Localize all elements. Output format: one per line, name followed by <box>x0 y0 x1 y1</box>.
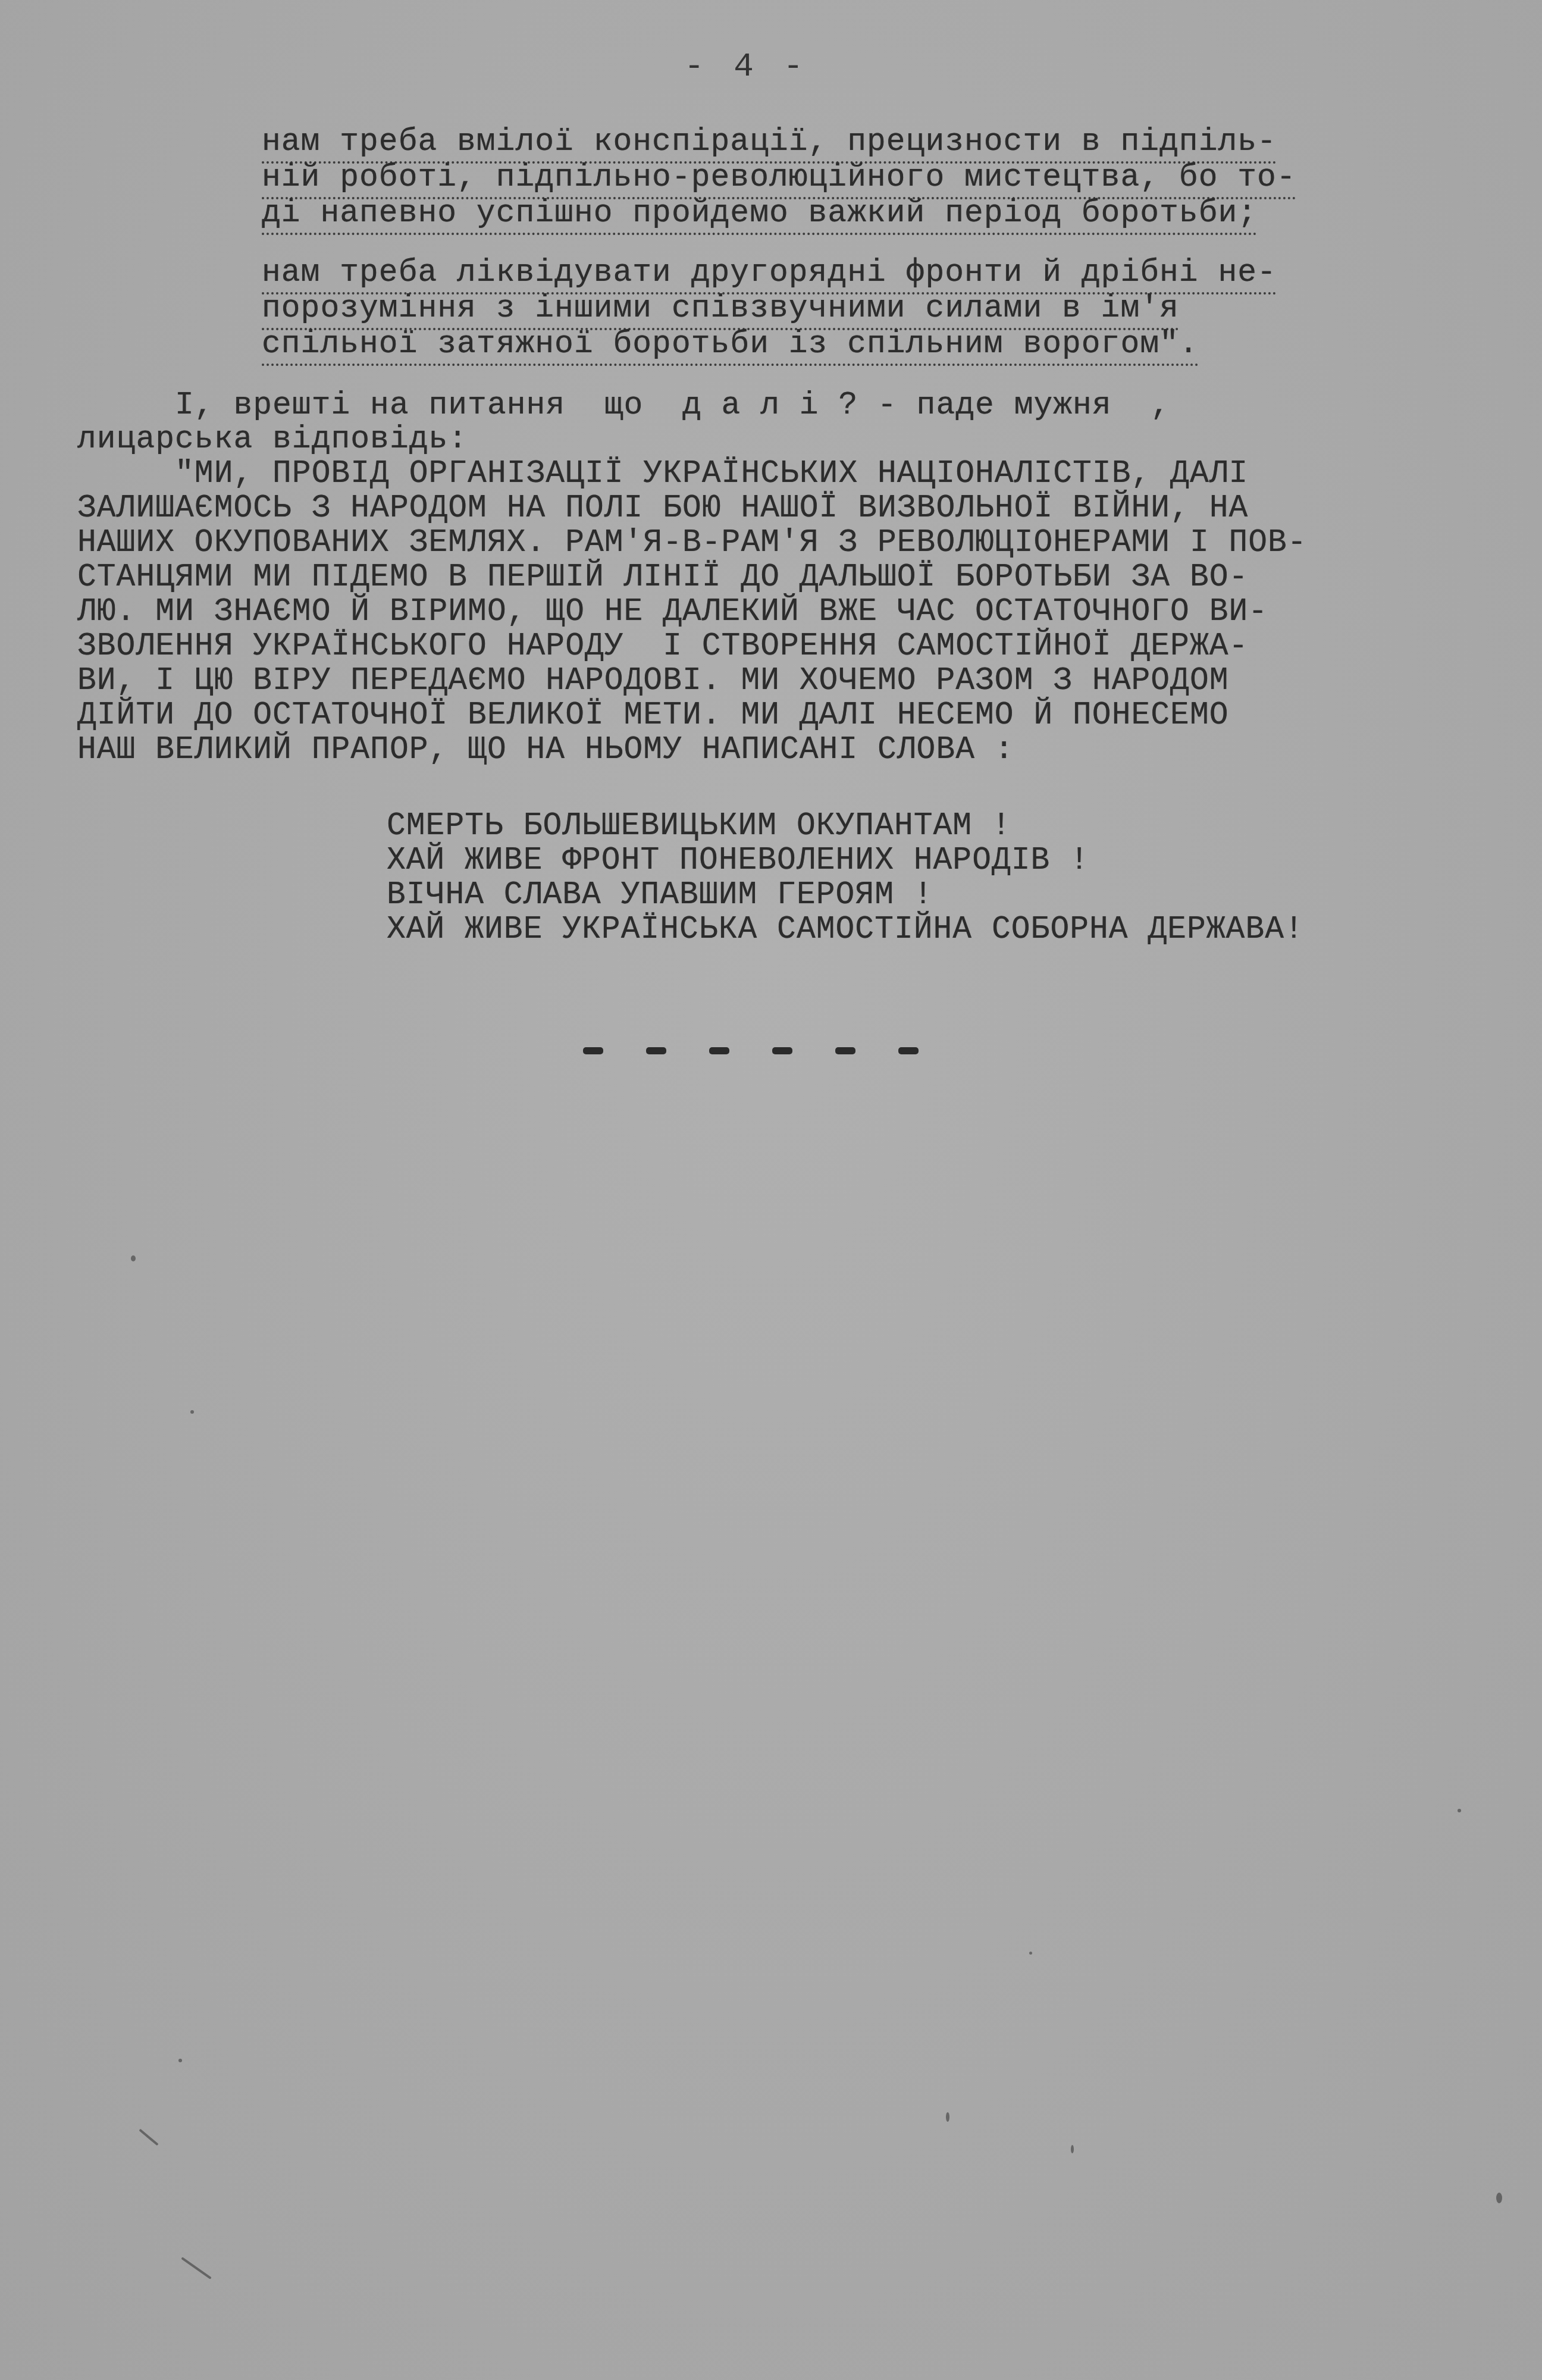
dash-mark <box>583 1047 603 1054</box>
paper-speck <box>1029 1952 1032 1955</box>
text-line: нам треба вмілої конспірації, прецизност… <box>262 126 1277 164</box>
text-line: порозуміння з іншими співзвучними силами… <box>262 293 1179 330</box>
paper-speck <box>1458 1809 1461 1812</box>
paper-speck <box>139 2129 158 2146</box>
text-line: ВИ, І ЦЮ ВІРУ ПЕРЕДАЄМО НАРОДОВІ. МИ ХОЧ… <box>77 665 1229 697</box>
dash-mark <box>646 1047 666 1054</box>
typewritten-page: - 4 - нам треба вмілої конспірації, прец… <box>0 0 1542 2380</box>
dash-mark <box>772 1047 792 1054</box>
dash-mark <box>898 1047 919 1054</box>
text-line: "МИ, ПРОВІД ОРГАНІЗАЦІЇ УКРАЇНСЬКИХ НАЦІ… <box>77 458 1248 490</box>
slogan-line: ХАЙ ЖИВЕ ФРОНТ ПОНЕВОЛЕНИХ НАРОДІВ ! <box>387 845 1089 876</box>
page-number: - 4 - <box>684 48 808 86</box>
text-line: ДІЙТИ ДО ОСТАТОЧНОЇ ВЕЛИКОЇ МЕТИ. МИ ДАЛ… <box>77 700 1229 731</box>
text-line: І, врешті на питання що д а л і ? - паде… <box>77 390 1170 421</box>
text-line: ній роботі, підпільно-революційного мист… <box>262 162 1296 199</box>
slogan-line: СМЕРТЬ БОЛЬШЕВИЦЬКИМ ОКУПАНТАМ ! <box>387 810 1011 842</box>
paper-speck <box>1071 2145 1074 2153</box>
text-line: НАШИХ ОКУПОВАНИХ ЗЕМЛЯХ. РАМ'Я-В-РАМ'Я З… <box>77 527 1307 559</box>
text-line: СТАНЦЯМИ МИ ПІДЕМО В ПЕРШІЙ ЛІНІЇ ДО ДАЛ… <box>77 562 1248 593</box>
dash-mark <box>709 1047 729 1054</box>
paper-speck <box>131 1255 136 1261</box>
paper-speck <box>1496 2193 1502 2203</box>
paper-speck <box>178 2059 182 2062</box>
dash-mark <box>835 1047 855 1054</box>
closing-dashes <box>583 1047 919 1054</box>
paper-speck <box>181 2257 211 2279</box>
text-line: спільної затяжної боротьби із спільним в… <box>262 328 1199 366</box>
paper-speck <box>190 1410 194 1414</box>
slogan-line: ВІЧНА СЛАВА УПАВШИМ ГЕРОЯМ ! <box>387 879 933 911</box>
text-line: ЛЮ. МИ ЗНАЄМО Й ВІРИМО, ЩО НЕ ДАЛЕКИЙ ВЖ… <box>77 596 1268 628</box>
text-line: ді напевно успішно пройдемо важкий періо… <box>262 198 1257 235</box>
paper-speck <box>946 2112 949 2122</box>
slogan-line: ХАЙ ЖИВЕ УКРАЇНСЬКА САМОСТІЙНА СОБОРНА Д… <box>387 914 1304 945</box>
text-line: лицарська відповідь: <box>77 424 468 455</box>
text-line: НАШ ВЕЛИКИЙ ПРАПОР, ЩО НА НЬОМУ НАПИСАНІ… <box>77 734 1014 766</box>
text-line: нам треба ліквідувати другорядні фронти … <box>262 257 1277 295</box>
text-line: ЗВОЛЕННЯ УКРАЇНСЬКОГО НАРОДУ І СТВОРЕННЯ… <box>77 631 1248 662</box>
text-line: ЗАЛИШАЄМОСЬ З НАРОДОМ НА ПОЛІ БОЮ НАШОЇ … <box>77 493 1248 524</box>
